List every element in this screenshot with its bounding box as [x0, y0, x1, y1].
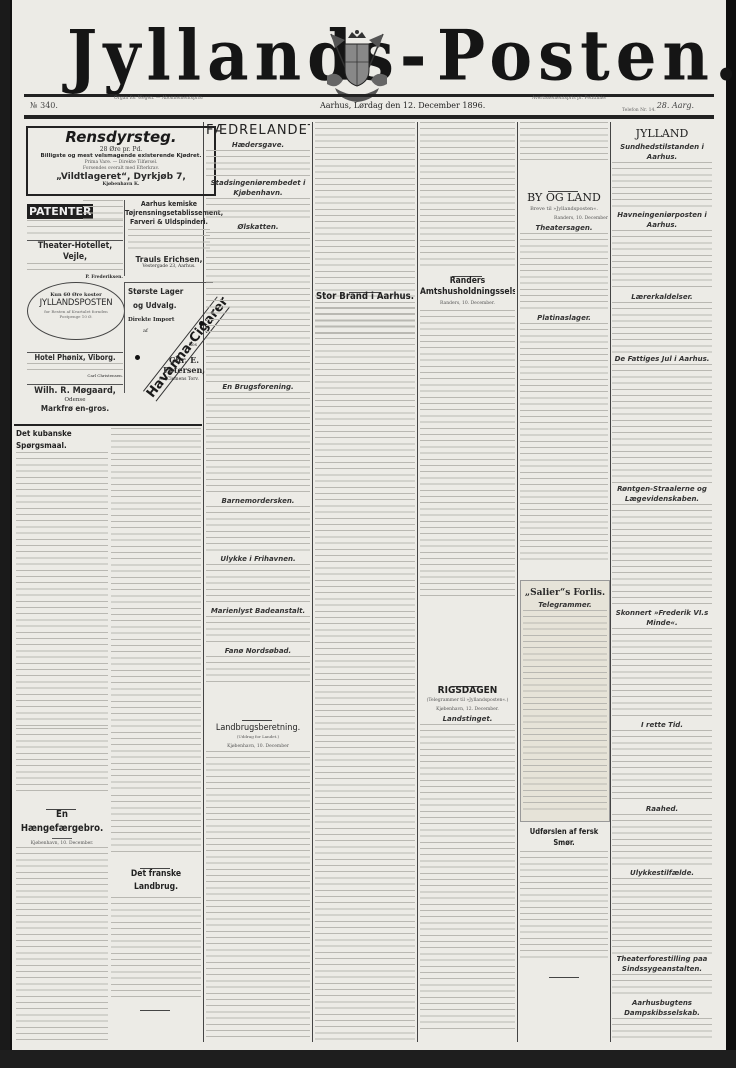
section-title: JYLLAND [612, 126, 712, 142]
subheading: Sundhedstilstanden i Aarhus. [612, 142, 712, 162]
article-det-franske: Det franske Landbrug. [111, 868, 201, 998]
ad-trauls-erichsen: Aarhus kemiske Tøjrensningsetablissement… [124, 200, 213, 276]
ad-city: Kjøbenhavn K. [28, 182, 214, 188]
article-text [111, 795, 201, 860]
subheading: Theatersagen. [520, 223, 608, 233]
headline: Landbrugsberetning. [206, 722, 310, 734]
headline: Det kubanske Spørgsmaal. [16, 428, 108, 452]
subtitle: (Telegrammer til »Jyllandsposten«.) [420, 698, 515, 704]
ad-city: Odense [27, 397, 123, 404]
subheading: Raahed. [612, 804, 712, 814]
ad-hotel-phonix: Hotel Phønix, Viborg. Carl Christensen. [27, 352, 123, 383]
subheading: Platinaslager. [520, 313, 608, 323]
subheading: Theaterforestilling paa Sindssygeanstalt… [612, 954, 712, 974]
ad-name: Chr. E. Petersen, [155, 355, 213, 375]
article-haengefaergebro: En Hængefærgebro. Kjøbenhavn, 10. Decemb… [16, 808, 108, 1043]
phone-text: Telefon Nr. 14. [622, 108, 656, 114]
article-text [420, 122, 515, 272]
section-title: FÆDRELANDET [206, 122, 310, 140]
subheading: Skonnert »Frederik VI.s Minde«. [612, 608, 712, 628]
ad-text: for Resten af Kvartalet fornden Postpeng… [28, 309, 124, 319]
ad-havanna-cigarer: Største Lager og Udvalg. Direkte Import … [124, 282, 213, 393]
dateline: Randers, 10. December. [420, 301, 515, 307]
issue-number: № 340. [30, 102, 58, 109]
headline: Randers Amtshusholdningsselskab. [420, 276, 515, 298]
column-divider [610, 122, 611, 1042]
ad-owner: P. Frederiksen. [27, 275, 123, 280]
ad-seller: „Vildtlageret“, Dyrkjøb 7, [28, 172, 214, 182]
headline: En Hængefærgebro. [16, 808, 108, 836]
subtitle: (Uddrag for Landet.) [206, 734, 310, 740]
subheading: Stadsingeniørembedet i Kjøbenhavn. [206, 178, 310, 198]
section-title: BY OG LAND [520, 190, 608, 206]
masthead: Jyllands- Posten. [12, 22, 726, 90]
ad-patenter: PATENTER [27, 200, 122, 236]
section-jylland: JYLLAND Sundhedstilstanden i Aarhus. Hav… [612, 126, 712, 1044]
column-divider [517, 122, 518, 1042]
organ-text: Organ for Wegen. — Abonnementspris: [114, 96, 203, 102]
subheading: Lærerkaldelser. [612, 292, 712, 302]
headline: Det franske Landbrug. [111, 868, 201, 894]
column-divider [417, 122, 418, 1042]
scan-border-left [0, 0, 10, 1068]
ad-text: hos [189, 343, 197, 348]
ad-title: JYLLANDSPOSTEN [28, 298, 124, 309]
article-randers: Randers Amtshusholdningsselskab. Randers… [420, 276, 515, 606]
separator [140, 1010, 170, 1011]
scan-border-bottom [0, 1050, 736, 1068]
ad-text: af [143, 328, 148, 334]
issue-dateline: Aarhus, Lørdag den 12. December 1896. [320, 102, 485, 109]
headline: Udførslen af fersk Smør. [520, 826, 608, 848]
masthead-title-right: Posten. [437, 19, 736, 95]
newspaper-page: Jyllands- Posten. № 340. Organ for Wegen… [12, 0, 726, 1050]
ad-owner: Carl Christensen. [27, 373, 123, 378]
subheading: Aarhusbugtens Dampskibsselskab. [612, 998, 712, 1018]
column-divider [312, 122, 313, 1042]
bullet-icon [199, 321, 204, 326]
subheading: Ølskatten. [206, 222, 310, 232]
subheading: Ulykkestilfælde. [612, 868, 712, 878]
subheading: De Fattiges Jul i Aarhus. [612, 354, 712, 364]
ad-rule [14, 424, 202, 426]
subheading: En Brugsforening. [206, 382, 310, 392]
bullet-icon [135, 355, 140, 360]
section-faedrelandet: FÆDRELANDET Hædersgave. Stadsingeniøremb… [206, 122, 310, 697]
scan-border-right [726, 0, 736, 1068]
subheading: Fanø Nordsøbad. [206, 646, 310, 656]
subheading: I rette Tid. [612, 720, 712, 730]
subheading: Røntgen-Straalerne og Lægevidenskaben. [612, 484, 712, 504]
subheading: Hædersgave. [206, 140, 310, 150]
ad-rensdyrsteg: Rensdyrsteg. 28 Øre pr. Pd. Billigste og… [26, 126, 216, 196]
header-rule [24, 115, 714, 119]
article-text [520, 122, 608, 162]
ad-title: Rensdyrsteg. [28, 128, 214, 146]
issue-info-line: № 340. Organ for Wegen. — Abonnementspri… [24, 96, 714, 116]
volume-year: 28. Aarg. [657, 102, 694, 109]
subheading: Marienlyst Badeanstalt. [206, 606, 310, 616]
box-salier: „Salier“s Forlis. Telegrammer. [520, 580, 610, 822]
ad-theater-hotel: Theater-Hotellet, Vejle, P. Frederiksen. [27, 240, 123, 275]
subheading: Landstinget. [420, 714, 515, 724]
headline: „Salier“s Forlis. [521, 586, 609, 600]
ad-jyllandsposten: Kun 60 Øre koster JYLLANDSPOSTEN for Res… [27, 282, 125, 340]
ad-text: Direkte Import [128, 317, 174, 323]
section-by-og-land: BY OG LAND Breve til »Jyllandsposten«. R… [520, 190, 608, 580]
article-kubanske-end [16, 728, 108, 798]
subheading: Telegrammer. [521, 600, 609, 610]
ad-maegaard: Wilh. R. Møgaard, Odense Markfrø en-gros… [27, 384, 123, 421]
article-kubanske: Det kubanske Spørgsmaal. [16, 428, 108, 728]
ad-title: Aarhus kemiske Tøjrensningsetablissement… [125, 200, 213, 227]
subheading: Havneingeniørposten i Aarhus. [612, 210, 712, 230]
subtitle: Breve til »Jyllandsposten«. [520, 206, 608, 212]
ad-title: Hotel Phønix, Viborg. [27, 353, 123, 363]
subheading: Barnemordersken. [206, 496, 310, 506]
ad-price: 28 Øre pr. Pd. [28, 146, 214, 153]
ad-product: Markfrø en-gros. [27, 404, 123, 414]
article-udforslen: Udførslen af fersk Smør. [520, 826, 608, 1026]
ad-text: Billigste og mest velsmagende existerend… [28, 153, 214, 160]
ad-title: Theater-Hotellet, Vejle, [27, 241, 123, 263]
article-stor-brand: Stor Brand i Aarhus. [315, 290, 415, 1042]
article-kubanske-cont [111, 428, 201, 793]
article-landbrugsberetning: Landbrugsberetning. (Uddrag for Landet.)… [206, 722, 310, 1044]
ad-name: Trauls Erichsen, [125, 255, 213, 264]
separator [242, 720, 272, 721]
article-rigsdagen: RIGSDAGEN (Telegrammer til »Jyllandspost… [420, 684, 515, 1044]
ad-address: Vestergade 23, Aarhus. [125, 264, 213, 269]
ad-title: Wilh. R. Møgaard, [27, 385, 123, 397]
ad-address: St. Clemens Torv. [159, 377, 199, 382]
headline: Stor Brand i Aarhus. [315, 290, 415, 304]
subheading: Ulykke i Frihavnen. [206, 554, 310, 564]
headline: RIGSDAGEN [420, 684, 515, 698]
ad-text: Største Lager [128, 287, 183, 296]
ad-text: og Udvalg. [133, 301, 177, 310]
ad-price-text: Avertissementspris pr. Petitlinie: [532, 96, 606, 102]
